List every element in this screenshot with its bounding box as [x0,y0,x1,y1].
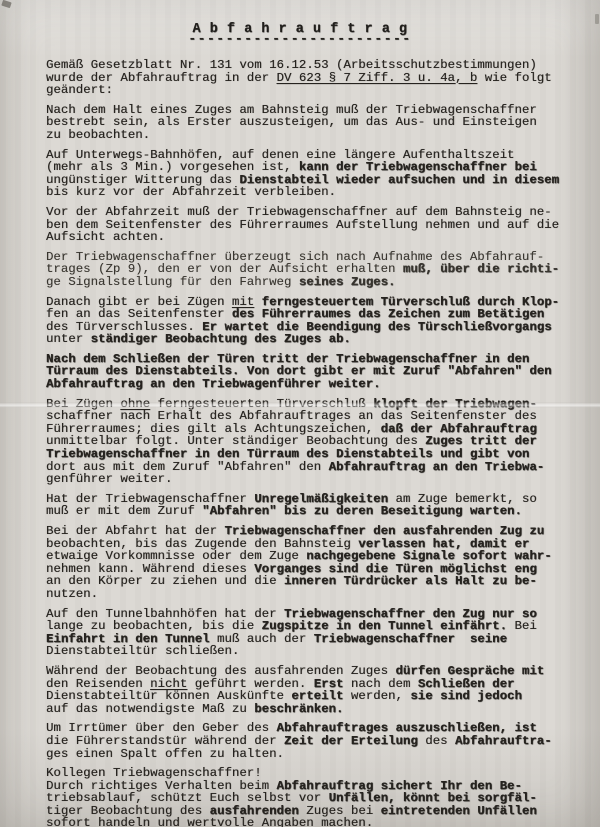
paragraph-mit-tuerverschluss: Danach gibt er bei Zügen mit ferngesteue… [46,296,576,346]
title-underline: ------------------------ [0,34,600,44]
paragraph-fuehrerstandstuer: Um Irrtümer über den Geber des Abfahrauf… [46,722,576,760]
paragraph-vor-abfahrzeit: Vor der Abfahrzeit muß der Triebwagensch… [46,206,576,244]
paragraph-gespraeche-verbot: Während der Beobachtung des ausfahrenden… [46,665,576,715]
paragraph-intro: Gemäß Gesetzblatt Nr. 131 vom 16.12.53 (… [46,59,576,97]
paragraph-unregelmaessigkeiten: Hat der Triebwagenschaffner Unregelmäßig… [46,493,576,518]
paragraph-unterwegs-bahnhoefe: Auf Unterwegs-Bahnhöfen, auf denen eine … [46,149,576,199]
paragraph-kollegen-appell: Kollegen Triebwagenschaffner! Durch rich… [46,767,576,827]
paragraph-schliessen-tueren: Nach dem Schließen der Türen tritt der T… [46,353,576,391]
paragraph-halt-bahnsteig: Nach dem Halt eines Zuges am Bahnsteig m… [46,104,576,142]
document-header: A b f a h r a u f t r a g --------------… [0,0,600,44]
paragraph-ohne-tuerverschluss: Bei Zügen ohne ferngesteuerten Türversch… [46,398,576,486]
document-page: A b f a h r a u f t r a g --------------… [0,0,600,827]
paragraph-abfahrt-beobachtung: Bei der Abfahrt hat der Triebwagenschaff… [46,525,576,601]
document-body: Gemäß Gesetzblatt Nr. 131 vom 16.12.53 (… [0,59,600,827]
paragraph-tunnelbahnhoefe: Auf den Tunnelbahnhöfen hat der Triebwag… [46,608,576,658]
paragraph-signalstellung: Der Triebwagenschaffner überzeugt sich n… [46,251,576,289]
scan-artifact-top-right [595,14,599,24]
